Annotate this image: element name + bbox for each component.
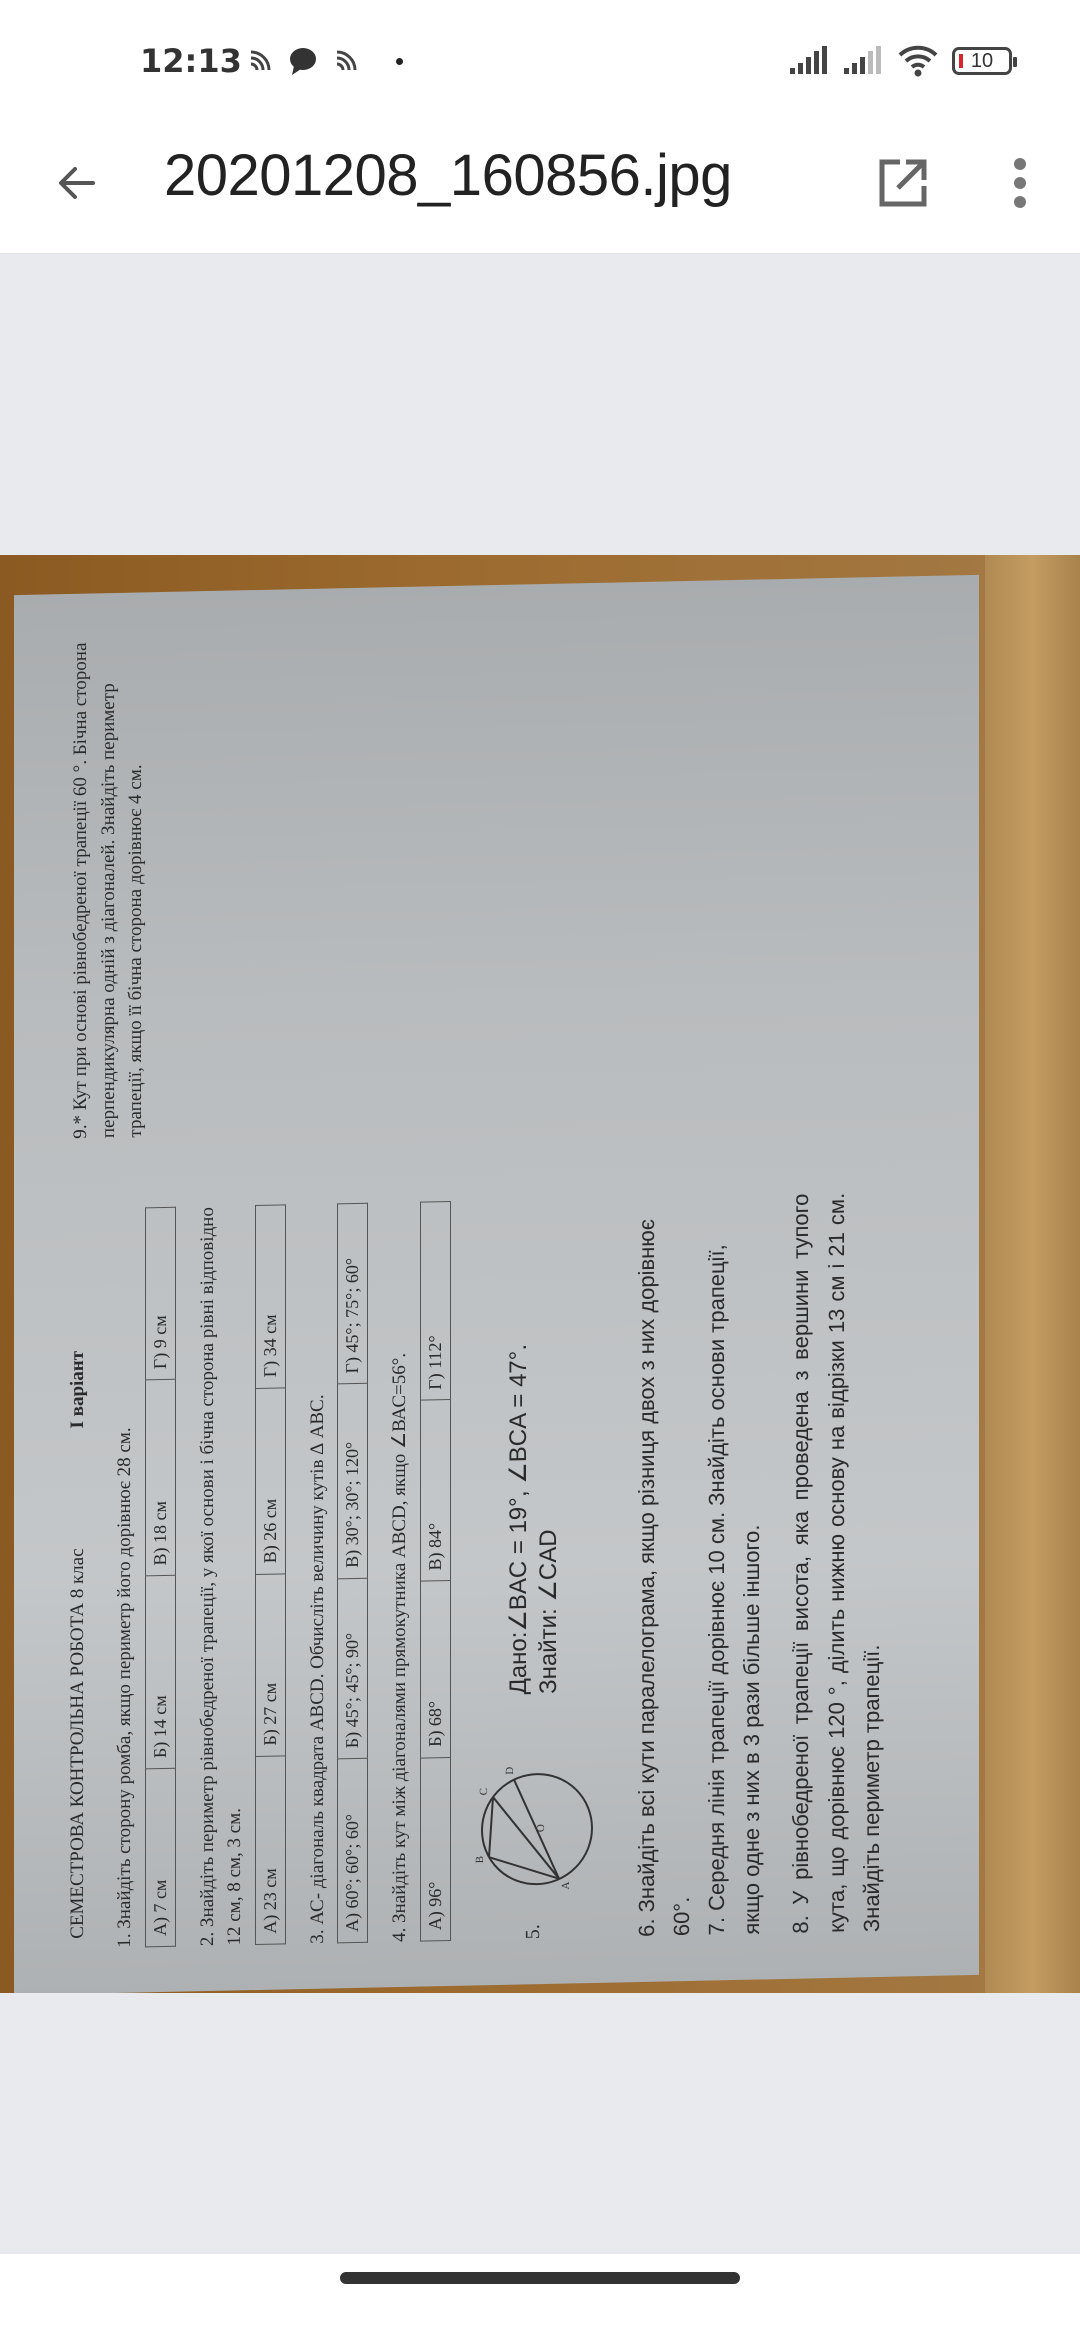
svg-text:B: B bbox=[473, 1856, 485, 1864]
question-5: 5. A B C D O bbox=[468, 1198, 598, 1941]
status-notification-icons bbox=[248, 46, 403, 76]
signal-weak-icon bbox=[844, 46, 884, 76]
wood-table-background bbox=[985, 555, 1080, 1993]
option: Г) 34 см bbox=[255, 1205, 285, 1388]
svg-text:A: A bbox=[559, 1881, 571, 1889]
home-gesture-handle[interactable] bbox=[340, 2272, 740, 2284]
worksheet-variant: І варіант bbox=[67, 1351, 89, 1429]
question-3-options: А) 60°; 60°; 60° Б) 45°; 45°; 90° В) 30°… bbox=[337, 1203, 368, 1944]
option: Г) 9 см bbox=[145, 1207, 175, 1380]
option: Г) 112° bbox=[420, 1201, 450, 1400]
cast-icon bbox=[334, 48, 358, 74]
arrow-left-icon bbox=[53, 159, 101, 207]
image-viewer[interactable]: СЕМЕСТРОВА КОНТРОЛЬНА РОБОТА 8 клас І ва… bbox=[0, 254, 1080, 2054]
signal-icon bbox=[790, 46, 830, 76]
gesture-nav-bar bbox=[0, 2254, 1080, 2340]
option: В) 26 см bbox=[255, 1387, 285, 1574]
more-options-button[interactable] bbox=[990, 150, 1050, 216]
question-5-find: Знайти: ∠CAD bbox=[533, 1343, 563, 1694]
option: В) 84° bbox=[420, 1400, 450, 1581]
wifi-icon bbox=[898, 44, 938, 78]
battery-icon: 10 bbox=[952, 47, 1012, 75]
battery-level-text: 10 bbox=[971, 50, 993, 73]
cast-icon bbox=[248, 48, 272, 74]
worksheet-left-column: СЕМЕСТРОВА КОНТРОЛЬНА РОБОТА 8 клас І ва… bbox=[67, 1192, 889, 1949]
worksheet: СЕМЕСТРОВА КОНТРОЛЬНА РОБОТА 8 клас І ва… bbox=[27, 580, 967, 1990]
question-8: 8. У рівнобедреної трапеції висота, яка … bbox=[783, 1192, 889, 1934]
dot-icon bbox=[396, 58, 403, 65]
question-1: 1. Знайдіть сторону ромба, якщо периметр… bbox=[111, 1208, 139, 1949]
question-2: 2. Знайдіть периметр рівнобедреної трапе… bbox=[193, 1205, 248, 1946]
question-4-options: А) 96° Б) 68° В) 84° Г) 112° bbox=[419, 1201, 450, 1942]
question-1-options: А) 7 см Б) 14 см В) 18 см Г) 9 см bbox=[144, 1207, 175, 1948]
option: Б) 27 см bbox=[255, 1573, 285, 1756]
question-5-number: 5. bbox=[522, 1924, 545, 1939]
battery-level-bar bbox=[959, 54, 963, 68]
option: А) 7 см bbox=[145, 1768, 175, 1947]
back-button[interactable] bbox=[44, 150, 110, 216]
status-time: 12:13 bbox=[140, 42, 242, 80]
option: Б) 14 см bbox=[145, 1576, 175, 1769]
option: А) 23 см bbox=[255, 1756, 285, 1945]
option: А) 96° bbox=[420, 1757, 450, 1941]
question-3: 3. АС- діагональ квадрата АВСD. Обчисліт… bbox=[303, 1203, 331, 1944]
worksheet-right-column: 9.* Кут при основі рівнобедреної трапеці… bbox=[67, 617, 150, 1139]
option: В) 18 см bbox=[145, 1379, 175, 1576]
question-5-text: Дано:∠BAC = 19°, ∠BCA = 47°. Знайти: ∠CA… bbox=[503, 1343, 563, 1695]
photo-image[interactable]: СЕМЕСТРОВА КОНТРОЛЬНА РОБОТА 8 клас І ва… bbox=[0, 555, 1080, 1993]
file-title: 20201208_160856.jpg bbox=[164, 142, 732, 209]
status-bar: 12:13 10 bbox=[0, 0, 1080, 120]
question-2-options: А) 23 см Б) 27 см В) 26 см Г) 34 см bbox=[254, 1204, 285, 1945]
svg-text:D: D bbox=[503, 1767, 515, 1775]
option: А) 60°; 60°; 60° bbox=[337, 1758, 367, 1942]
svg-text:O: O bbox=[534, 1824, 546, 1832]
chat-bubble-icon bbox=[288, 46, 318, 76]
question-4: 4. Знайдіть кут між діагоналями прямокут… bbox=[386, 1202, 414, 1943]
status-system-icons: 10 bbox=[790, 44, 1012, 78]
worksheet-title: СЕМЕСТРОВА КОНТРОЛЬНА РОБОТА 8 клас bbox=[67, 1548, 89, 1939]
app-bar: 20201208_160856.jpg bbox=[0, 120, 1080, 254]
question-9: 9.* Кут при основі рівнобедреної трапеці… bbox=[67, 617, 150, 1139]
option: Г) 45°; 75°; 60° bbox=[337, 1203, 367, 1384]
question-6: 6. Знайдіть всі кути паралелограма, якщо… bbox=[628, 1196, 698, 1937]
question-7: 7. Середня лінія трапеції дорівнює 10 см… bbox=[699, 1194, 769, 1935]
more-vert-icon bbox=[1012, 157, 1028, 209]
option: В) 30°; 30°; 120° bbox=[337, 1384, 367, 1579]
worksheet-header: СЕМЕСТРОВА КОНТРОЛЬНА РОБОТА 8 клас І ва… bbox=[67, 1209, 89, 1939]
question-5-given: Дано:∠BAC = 19°, ∠BCA = 47°. bbox=[503, 1344, 533, 1695]
paper-sheet: СЕМЕСТРОВА КОНТРОЛЬНА РОБОТА 8 клас І ва… bbox=[14, 575, 979, 1993]
open-in-external-app-button[interactable] bbox=[870, 150, 936, 216]
circle-figure-icon: A B C D O bbox=[468, 1753, 598, 1906]
svg-text:C: C bbox=[477, 1788, 489, 1796]
option: Б) 45°; 45°; 90° bbox=[337, 1578, 367, 1759]
option: Б) 68° bbox=[420, 1581, 450, 1758]
open-in-new-icon bbox=[878, 158, 928, 208]
